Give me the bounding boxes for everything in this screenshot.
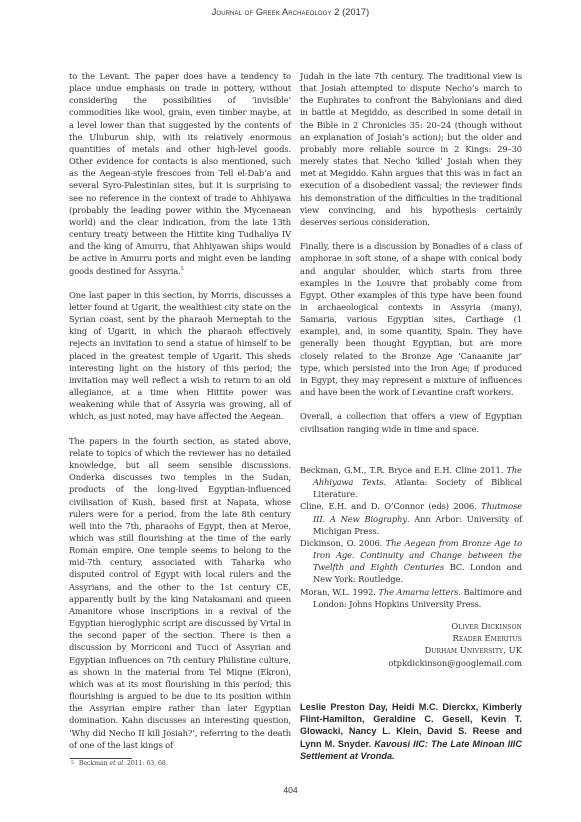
reviewer-email[interactable]: otpkdickinson@googlemail.com <box>300 657 522 669</box>
bibliography: Beckman, G.M., T.R. Bryce and E.H. Cline… <box>300 464 522 610</box>
reference-author: Dickinson, O. 2006. <box>300 538 386 548</box>
body-paragraph: One last paper in this section, by Morri… <box>69 289 291 423</box>
body-paragraph: to the Levant. The paper does have a ten… <box>69 70 291 277</box>
reference-entry: Beckman, G.M., T.R. Bryce and E.H. Cline… <box>300 464 522 500</box>
reviewer-name: Oliver Dickinson <box>300 620 522 632</box>
reference-entry: Dickinson, O. 2006. The Aegean from Bron… <box>300 537 522 586</box>
body-paragraph: Finally, there is a discussion by Bonadi… <box>300 240 522 398</box>
footnote-marker[interactable]: 5 <box>181 266 184 272</box>
page-number: 404 <box>0 785 581 795</box>
reference-entry: Cline, E.H. and D. O’Connor (eds) 2006. … <box>300 500 522 536</box>
footnote-text: Beckman <box>79 760 110 767</box>
reviewer-title: Reader Emeritus <box>300 632 522 644</box>
reference-author: Cline, E.H. and D. O’Connor (eds) 2006. <box>300 501 481 511</box>
reviewer-signature: Oliver Dickinson Reader Emeritus Durham … <box>300 620 522 669</box>
footnote-divider <box>70 758 132 759</box>
reference-entry: Moran, W.L. 1992. The Amarna letters. Ba… <box>300 586 522 610</box>
reviewer-affiliation: Durham University, UK <box>300 644 522 656</box>
body-paragraph: The papers in the fourth section, as sta… <box>69 435 291 751</box>
left-column: to the Levant. The paper does have a ten… <box>69 70 291 763</box>
reference-author: Beckman, G.M., T.R. Bryce and E.H. Cline… <box>300 465 506 475</box>
paragraph-text: to the Levant. The paper does have a ten… <box>69 71 291 276</box>
footnote-number: 5 <box>71 761 74 766</box>
right-column: Judah in the late 7th century. The tradi… <box>300 70 522 447</box>
footnote-citation: 2011: 63, 68. <box>125 760 168 767</box>
reference-title: The Amarna letters <box>378 587 458 597</box>
footnote: 5Beckman et al. 2011: 63, 68. <box>71 760 168 767</box>
body-paragraph: Judah in the late 7th century. The tradi… <box>300 70 522 228</box>
reference-author: Moran, W.L. 1992. <box>300 587 378 597</box>
next-review-heading: Leslie Preston Day, Heidi M.C. Dierckx, … <box>300 701 522 762</box>
footnote-italic: et al. <box>110 760 125 767</box>
running-head: Journal of Greek Archaeology 2 (2017) <box>0 7 581 17</box>
body-paragraph: Overall, a collection that offers a view… <box>300 410 522 434</box>
